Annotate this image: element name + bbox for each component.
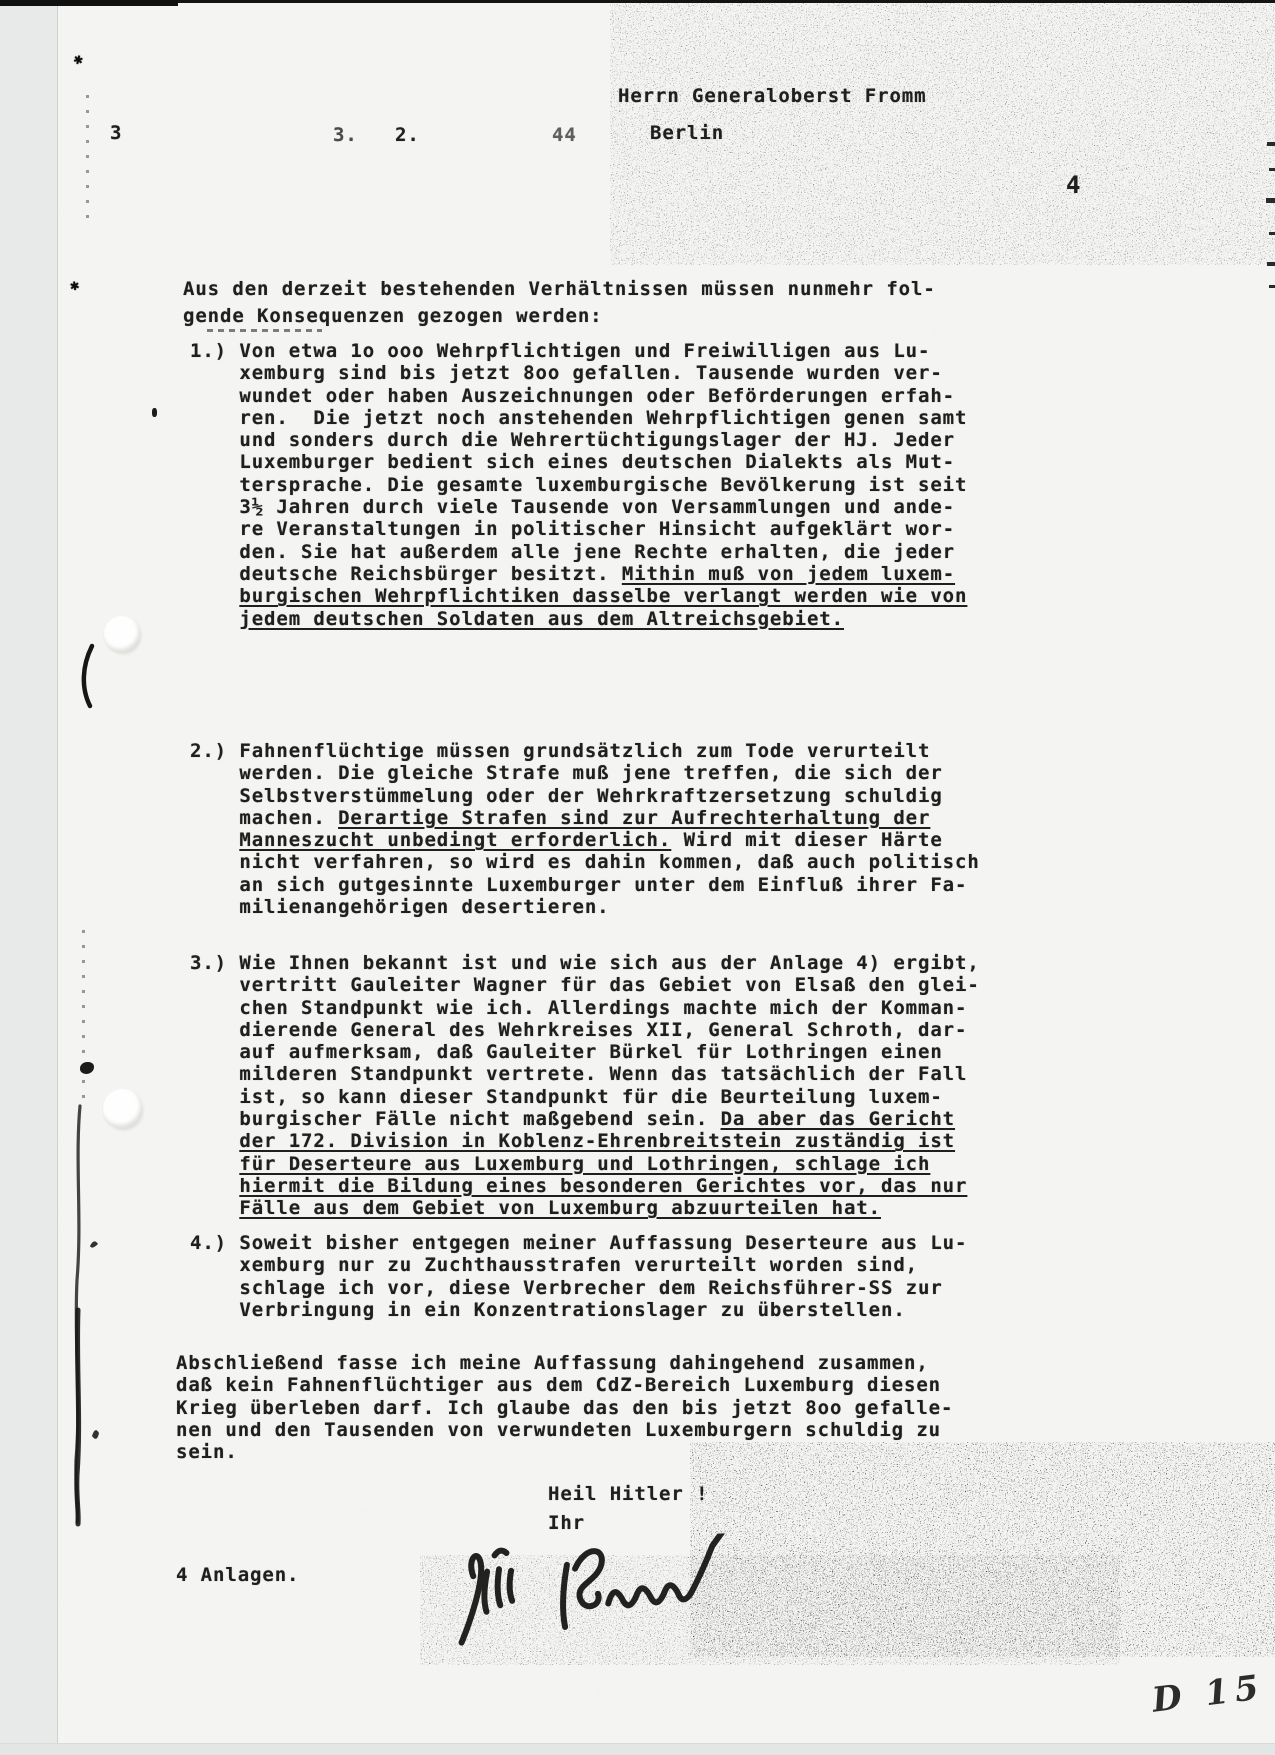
ink-smudge [80, 1062, 94, 1074]
handwritten-signature [446, 1533, 740, 1658]
scan-noise-patch [930, 550, 1275, 740]
pen-stroke [78, 642, 98, 712]
date-month: 2. [395, 124, 420, 146]
enclosures-note: 4 Anlagen. [176, 1564, 299, 1586]
closing-paragraph: Abschließend fasse ich meine Auffassung … [176, 1352, 953, 1463]
vertical-ink-streak [66, 1100, 106, 1530]
intro-paragraph: Aus den derzeit bestehenden Verhältnisse… [183, 276, 936, 330]
scan-bottom-edge-strip [0, 1743, 1275, 1755]
salutation: Heil Hitler ! Ihr [548, 1480, 708, 1537]
paragraph-4: 4.) Soweit bisher entgegen meiner Auffas… [190, 1232, 967, 1321]
scan-top-edge-bar [0, 0, 1275, 3]
margin-dotted-marks [86, 95, 89, 225]
scanner-edge-strip [0, 0, 58, 1755]
margin-dotted-marks [82, 930, 85, 1100]
scan-edge-mark [1269, 232, 1275, 235]
scan-top-left-bar [0, 0, 178, 6]
ink-splat: ✱ [69, 275, 80, 294]
ink-smudge [152, 408, 157, 417]
scan-edge-mark [1267, 142, 1275, 146]
paragraph-1: 1.) Von etwa 1o ooo Wehrpflichtigen und … [190, 340, 967, 630]
scan-noise-patch [58, 1650, 1108, 1745]
handwritten-annotation: D 15 [1150, 1667, 1267, 1720]
scan-edge-mark [1269, 285, 1275, 288]
page-number: 4 [1066, 174, 1081, 196]
punch-hole [104, 616, 140, 652]
scan-noise-patch [690, 1442, 1275, 1657]
scan-edge-mark [1266, 198, 1275, 203]
scan-edge-mark [1269, 168, 1275, 171]
paragraph-3: 3.) Wie Ihnen bekannt ist und wie sich a… [190, 952, 980, 1220]
punch-hole [103, 1089, 142, 1128]
paragraph-2: 2.) Fahnenflüchtige müssen grundsätzlich… [190, 740, 980, 918]
scanned-letter-page: ✱ ✱ Herrn Generaloberst Fromm Berlin 3 3… [0, 0, 1275, 1755]
scan-edge-mark [1267, 262, 1275, 266]
recipient-city: Berlin [650, 121, 724, 145]
recipient-name: Herrn Generaloberst Fromm [618, 84, 926, 108]
date-day: 3. [333, 124, 358, 146]
margin-page-number: 3 [110, 122, 122, 144]
ink-splat: ✱ [72, 49, 85, 69]
date-year: 44 [552, 124, 577, 146]
